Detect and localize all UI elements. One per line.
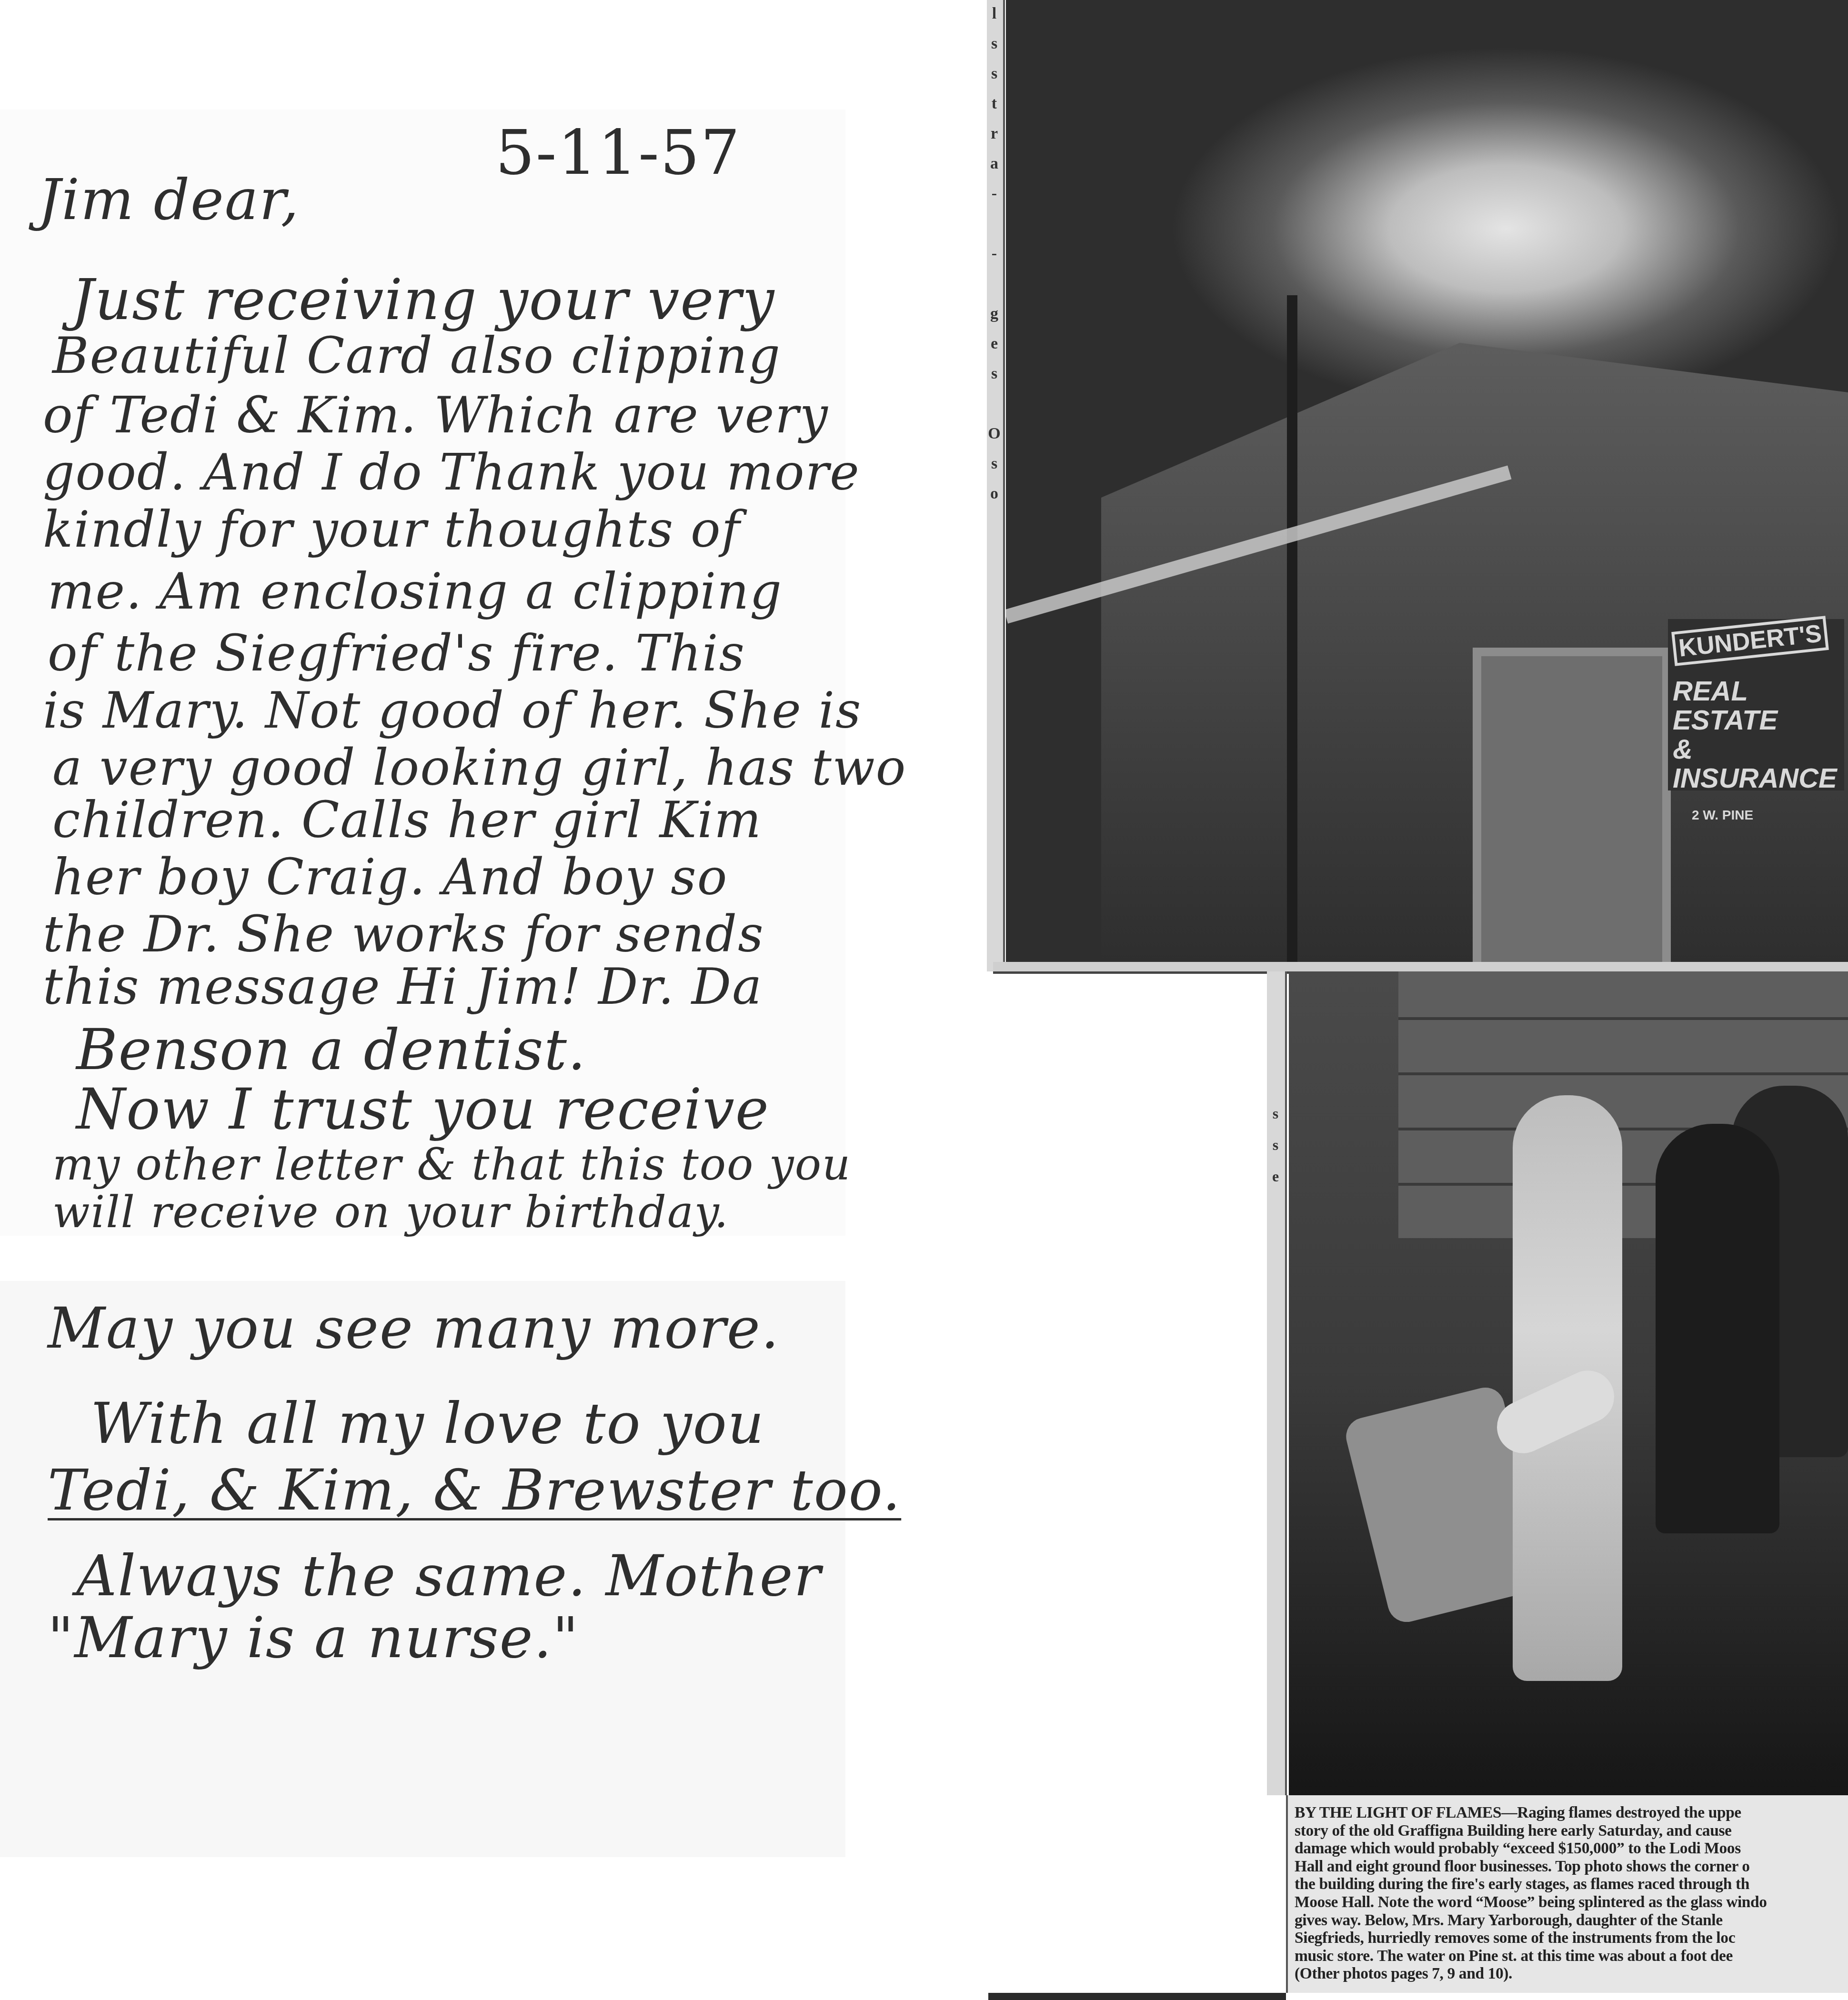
caption-line: —Raging flames destroyed the uppe (1501, 1804, 1741, 1821)
caption-line: Hall and eight ground floor businesses. … (1295, 1858, 1750, 1875)
kunderts-sign: KUNDERT'S REAL ESTATE & INSURANCE 2 W. P… (1668, 619, 1844, 790)
fire-photo-building: KUNDERT'S REAL ESTATE & INSURANCE 2 W. P… (1006, 0, 1848, 962)
fire-photo-rescue (1289, 971, 1848, 1795)
letter-line: a very good looking girl, has two (52, 743, 906, 792)
letter-line: May you see many more. (48, 1300, 780, 1356)
caption-line: story of the old Graffigna Building here… (1295, 1822, 1732, 1840)
letter-line: will receive on your birthday. (52, 1190, 729, 1234)
newspaper-column-fragment-2: sse (1267, 971, 1287, 1795)
person-jacket (1656, 1124, 1779, 1533)
caption-line: (Other photos pages 7, 9 and 10). (1295, 1965, 1512, 1982)
letter-line: Tedi, & Kim, & Brewster too. (48, 1462, 901, 1518)
letter-line: this message Hi Jim! Dr. Da (43, 962, 763, 1011)
letter-line: kindly for your thoughts of (43, 505, 741, 554)
letter-page-1: 5-11-57 Jim dear, Just receiving your ve… (0, 110, 845, 1236)
caption-line: gives way. Below, Mrs. Mary Yarborough, … (1295, 1911, 1723, 1929)
letter-line: her boy Craig. And boy so (52, 852, 728, 902)
letter-line: Now I trust you receive (76, 1081, 770, 1137)
street-lamp-pole (1287, 295, 1297, 962)
letter-line: children. Calls her girl Kim (52, 795, 762, 845)
sign-line-4: 2 W. PINE (1692, 808, 1844, 823)
clipping-edge (988, 1993, 1286, 2000)
letter-line: With all my love to you (90, 1395, 765, 1451)
sign-line-1: KUNDERT'S (1671, 616, 1829, 666)
caption-line: the building during the fire's early sta… (1295, 1875, 1749, 1893)
letter-signature: "Mary is a nurse." (48, 1610, 579, 1666)
letter-closing: Always the same. Mother (76, 1548, 822, 1604)
caption-line: Moose Hall. Note the word “Moose” being … (1295, 1893, 1767, 1911)
letter-line: Just receiving your very (71, 271, 775, 328)
photo-caption: BY THE LIGHT OF FLAMES—Raging flames des… (1286, 1795, 1848, 1993)
letter-line: Benson a dentist. (76, 1021, 587, 1078)
letter-line: good. And I do Thank you more (43, 448, 860, 497)
letter-line: is Mary. Not good of her. She is (43, 686, 862, 735)
letter-date: 5-11-57 (495, 121, 741, 183)
caption-line: Siegfrieds, hurriedly removes some of th… (1295, 1929, 1735, 1947)
sign-line-2: REAL ESTATE (1673, 677, 1844, 735)
sign-line-3: & INSURANCE (1673, 735, 1844, 793)
letter-line: me. Am enclosing a clipping (48, 567, 783, 616)
caption-line: damage which would probably “exceed $150… (1295, 1840, 1741, 1857)
letter-line: of Tedi & Kim. Which are very (43, 390, 829, 440)
letter-salutation: Jim dear, (38, 171, 300, 228)
newspaper-column-fragment: lsstra- - ges Oso (987, 0, 1005, 971)
caption-headline: BY THE LIGHT OF FLAMES (1295, 1804, 1501, 1821)
caption-line: music store. The water on Pine st. at th… (1295, 1947, 1733, 1965)
letter-line: of the Siegfried's fire. This (48, 629, 745, 678)
letter-page-2: May you see many more. With all my love … (0, 1281, 845, 1857)
letter-line: Beautiful Card also clipping (52, 331, 781, 380)
letter-line: my other letter & that this too you (52, 1143, 851, 1187)
letter-line: the Dr. She works for sends (43, 910, 764, 959)
building-entrance (1473, 648, 1671, 962)
